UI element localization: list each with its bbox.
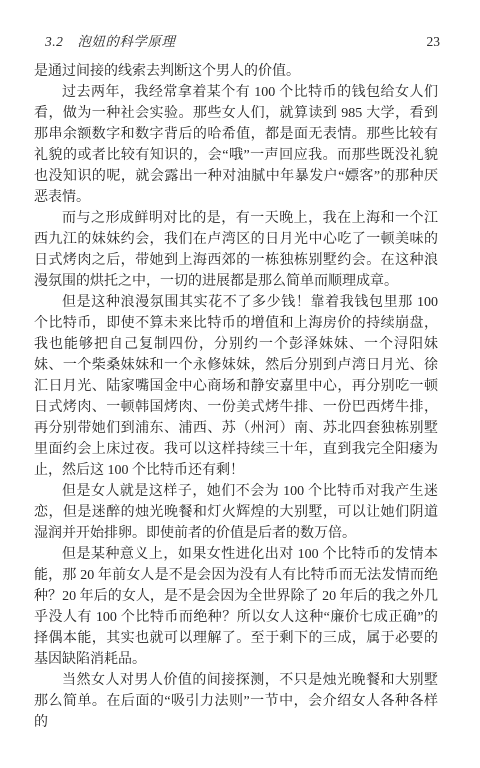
paragraph: 而与之形成鲜明对比的是，有一天晚上，我在上海和一个江西九江的妹妹约会，我们在卢湾… <box>34 208 438 292</box>
book-page: 3.2泡妞的科学原理 23 是通过间接的线索去判断这个男人的价值。 过去两年，我… <box>0 0 480 768</box>
running-header: 3.2泡妞的科学原理 23 <box>45 30 440 50</box>
section-number: 3.2 <box>45 34 63 49</box>
paragraph: 但是这种浪漫氛围其实花不了多少钱！靠着我钱包里那 100 个比特币，即使不算未来… <box>34 292 438 481</box>
body-text: 是通过间接的线索去判断这个男人的价值。 过去两年，我经常拿着某个有 100 个比… <box>34 61 438 733</box>
paragraph: 当然女人对男人价值的间接探测，不只是烛光晚餐和大别墅那么简单。在后面的“吸引力法… <box>34 670 438 733</box>
paragraph: 但是某种意义上，如果女性进化出对 100 个比特币的发情本能，那 20 年前女人… <box>34 544 438 670</box>
paragraph: 是通过间接的线索去判断这个男人的价值。 <box>34 61 438 82</box>
section-heading: 3.2泡妞的科学原理 <box>45 30 175 50</box>
paragraph: 过去两年，我经常拿着某个有 100 个比特币的钱包给女人们看，做为一种社会实验。… <box>34 82 438 208</box>
section-title: 泡妞的科学原理 <box>77 34 175 49</box>
paragraph: 但是女人就是这样子，她们不会为 100 个比特币对我产生迷恋，但是迷醉的烛光晚餐… <box>34 481 438 544</box>
page-number: 23 <box>427 34 441 50</box>
